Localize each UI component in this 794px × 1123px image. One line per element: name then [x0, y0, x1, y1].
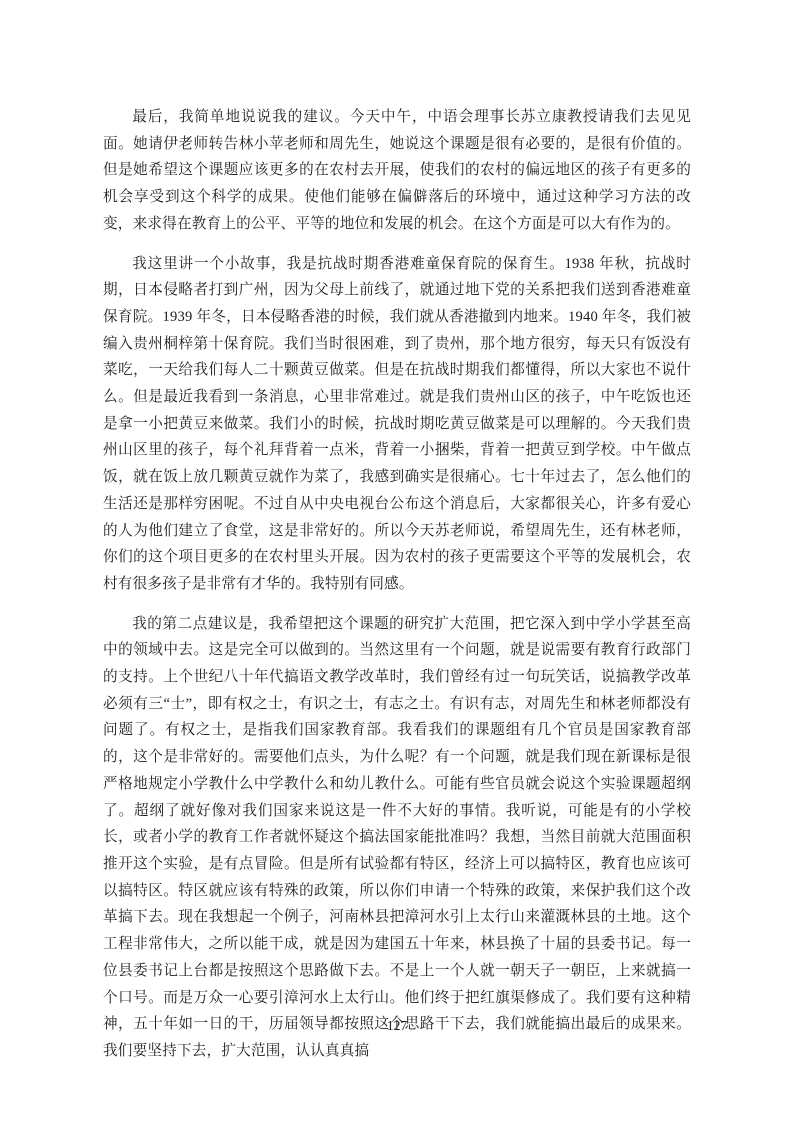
paragraph-2: 我这里讲一个小故事，我是抗战时期香港难童保育院的保育生。1938 年秋，抗战时期…: [103, 251, 691, 598]
document-body: 最后，我简单地说说我的建议。今天中午，中语会理事长苏立康教授请我们去见见面。她请…: [103, 104, 691, 1065]
paragraph-1: 最后，我简单地说说我的建议。今天中午，中语会理事长苏立康教授请我们去见见面。她请…: [103, 104, 691, 238]
document-page: 最后，我简单地说说我的建议。今天中午，中语会理事长苏立康教授请我们去见见面。她请…: [0, 0, 794, 1123]
page-number: 127: [0, 1018, 794, 1034]
paragraph-3: 我的第二点建议是，我希望把这个课题的研究扩大范围，把它深入到中学小学甚至高中的领…: [103, 611, 691, 1065]
